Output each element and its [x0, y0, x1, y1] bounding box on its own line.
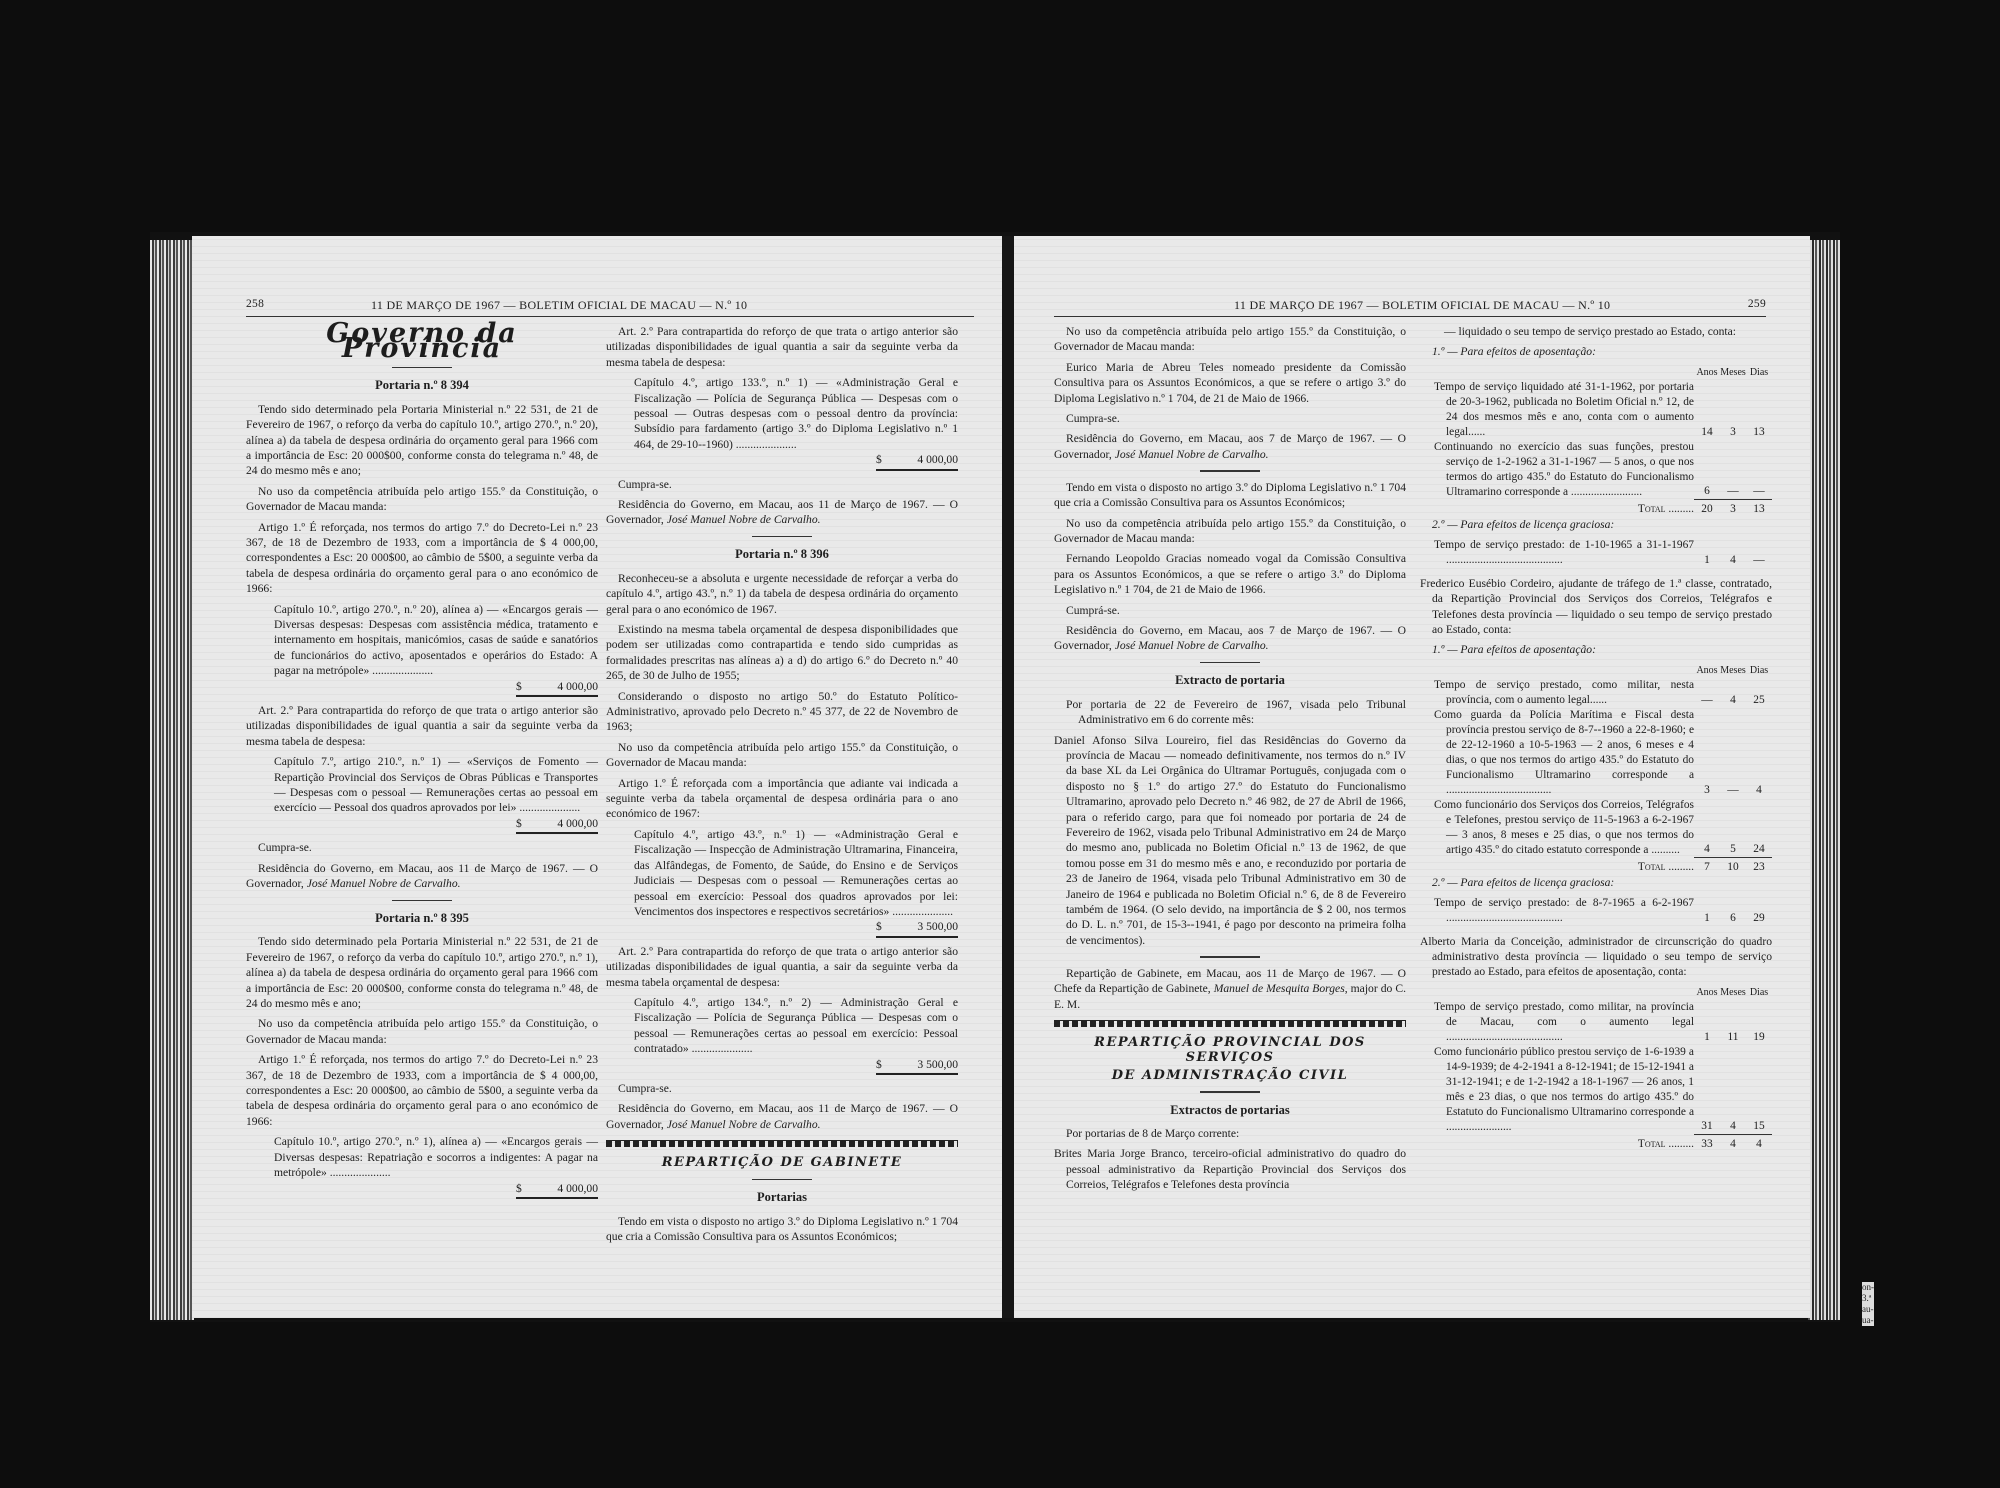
portaria-heading: Portaria n.º 8 394: [246, 378, 598, 393]
paragraph: No uso da competência atribuída pelo art…: [246, 484, 598, 515]
total-row: Total .........71023: [1420, 858, 1772, 876]
service-time-table: Tempo de serviço prestado: de 8-7-1965 a…: [1420, 896, 1772, 926]
table-row: Tempo de serviço prestado, como militar,…: [1420, 678, 1772, 708]
section-title: REPARTIÇÃO DE GABINETE: [606, 1155, 958, 1170]
running-head-title: 11 DE MARÇO DE 1967 — BOLETIM OFICIAL DE…: [371, 298, 747, 313]
ornamental-divider: [606, 1140, 958, 1147]
budget-item: Capítulo 7.º, artigo 210.º, n.º 1) — «Se…: [274, 754, 598, 834]
amount: $4 000,00: [516, 1181, 598, 1199]
left-column-2: Art. 2.º Para contrapartida do reforço d…: [606, 324, 958, 1249]
section-title-line2: DE ADMINISTRAÇÃO CIVIL: [1054, 1068, 1406, 1083]
budget-item: Capítulo 10.º, artigo 270.º, n.º 20), al…: [274, 602, 598, 697]
table-row: Continuando no exercício das suas funçõe…: [1420, 440, 1772, 500]
subheading: 2.º — Para efeitos de licença graciosa:: [1420, 875, 1772, 890]
budget-item: Capítulo 4.º, artigo 43.º, n.º 1) — «Adm…: [634, 827, 958, 938]
amount: $4 000,00: [876, 452, 958, 470]
service-time-table: Tempo de serviço prestado: de 1-10-1965 …: [1420, 538, 1772, 568]
paragraph: Por portaria de 22 de Fevereiro de 1967,…: [1054, 697, 1406, 728]
cumpra-se: Cumpra-se.: [606, 1081, 958, 1096]
divider: [1200, 1091, 1260, 1093]
signature-line: Residência do Governo, em Macau, aos 7 d…: [1054, 623, 1406, 654]
signature-line: Repartição de Gabinete, em Macau, aos 11…: [1054, 966, 1406, 1012]
service-time-table: AnosMesesDiasTempo de serviço liquidado …: [1420, 365, 1772, 518]
paragraph: Tendo em vista o disposto no artigo 3.º …: [606, 1214, 958, 1245]
divider: [392, 900, 452, 902]
table-row: Tempo de serviço prestado: de 1-10-1965 …: [1420, 538, 1772, 568]
portarias-heading: Portarias: [606, 1190, 958, 1205]
running-head-right: 11 DE MARÇO DE 1967 — BOLETIM OFICIAL DE…: [1054, 296, 1766, 317]
page-edges-left: [150, 240, 194, 1320]
ornamental-divider: [1054, 1020, 1406, 1027]
amount: $4 000,00: [516, 679, 598, 697]
divider: [1200, 470, 1260, 472]
paragraph: Tendo em vista o disposto no artigo 3.º …: [1054, 480, 1406, 511]
paragraph: No uso da competência atribuída pelo art…: [606, 740, 958, 771]
divider: [392, 367, 452, 369]
running-head-title: 11 DE MARÇO DE 1967 — BOLETIM OFICIAL DE…: [1234, 298, 1610, 313]
page-number: 258: [246, 298, 264, 310]
service-time-table: AnosMesesDiasTempo de serviço prestado, …: [1420, 663, 1772, 876]
cumpra-se: Cumprá-se.: [1054, 603, 1406, 618]
paragraph: Por portarias de 8 de Março corrente:: [1054, 1126, 1406, 1141]
running-head-left: 258 11 DE MARÇO DE 1967 — BOLETIM OFICIA…: [246, 296, 974, 317]
paragraph: Tendo sido determinado pela Portaria Min…: [246, 402, 598, 479]
budget-item: Capítulo 10.º, artigo 270.º, n.º 1), alí…: [274, 1134, 598, 1199]
divider: [1200, 956, 1260, 958]
paragraph: Art. 2.º Para contrapartida do reforço d…: [606, 324, 958, 370]
signature-line: Residência do Governo, em Macau, aos 11 …: [606, 1101, 958, 1132]
signature-line: Residência do Governo, em Macau, aos 11 …: [606, 497, 958, 528]
paragraph: Alberto Maria da Conceição, administrado…: [1420, 934, 1772, 980]
paragraph: Artigo 1.º É reforçada, nos termos do ar…: [246, 1052, 598, 1129]
cumpra-se: Cumpra-se.: [1054, 411, 1406, 426]
right-page: 11 DE MARÇO DE 1967 — BOLETIM OFICIAL DE…: [1014, 236, 1810, 1318]
extractos-heading: Extractos de portarias: [1054, 1103, 1406, 1118]
paragraph: Art. 2.º Para contrapartida do reforço d…: [246, 703, 598, 749]
table-row: Como funcionário dos Serviços dos Correi…: [1420, 798, 1772, 858]
paragraph: Considerando o disposto no artigo 50.º d…: [606, 689, 958, 735]
table-row: Tempo de serviço liquidado até 31-1-1962…: [1420, 380, 1772, 440]
right-column-2: — liquidado o seu tempo de serviço prest…: [1420, 324, 1772, 1152]
total-row: Total .........3344: [1420, 1135, 1772, 1153]
table-row: Tempo de serviço prestado: de 8-7-1965 a…: [1420, 896, 1772, 926]
paragraph: Art. 2.º Para contrapartida do reforço d…: [606, 944, 958, 990]
column-headers: AnosMesesDias: [1420, 663, 1772, 678]
budget-item: Capítulo 4.º, artigo 134.º, n.º 2) — Adm…: [634, 995, 958, 1075]
subheading: 1.º — Para efeitos de aposentação:: [1420, 344, 1772, 359]
paragraph: Tendo sido determinado pela Portaria Min…: [246, 934, 598, 1011]
divider: [752, 536, 812, 538]
total-row: Total .........20313: [1420, 500, 1772, 518]
right-column-1: No uso da competência atribuída pelo art…: [1054, 324, 1406, 1198]
paragraph: Frederico Eusébio Cordeiro, ajudante de …: [1420, 576, 1772, 638]
paragraph: Artigo 1.º É reforçada com a importância…: [606, 776, 958, 822]
paragraph: Eurico Maria de Abreu Teles nomeado pres…: [1054, 360, 1406, 406]
paragraph: — liquidado o seu tempo de serviço prest…: [1420, 324, 1772, 339]
paragraph: Fernando Leopoldo Gracias nomeado vogal …: [1054, 551, 1406, 597]
section-title-line1: REPARTIÇÃO PROVINCIAL DOS SERVIÇOS: [1054, 1035, 1406, 1066]
table-row: Tempo de serviço prestado, como militar,…: [1420, 1000, 1772, 1045]
column-headers: AnosMesesDias: [1420, 365, 1772, 380]
page-edges-right: [1808, 240, 1840, 1320]
column-headers: AnosMesesDias: [1420, 985, 1772, 1000]
divider: [1200, 662, 1260, 664]
portaria-heading: Portaria n.º 8 395: [246, 911, 598, 926]
cumpra-se: Cumpra-se.: [606, 477, 958, 492]
amount: $3 500,00: [876, 919, 958, 937]
service-time-table: AnosMesesDiasTempo de serviço prestado, …: [1420, 985, 1772, 1153]
paragraph: Existindo na mesma tabela orçamental de …: [606, 622, 958, 684]
extracto-heading: Extracto de portaria: [1054, 673, 1406, 688]
paragraph: Artigo 1.º É reforçada, nos termos do ar…: [246, 520, 598, 597]
page-number: 259: [1748, 298, 1766, 310]
paragraph: No uso da competência atribuída pelo art…: [246, 1016, 598, 1047]
paragraph: Brites Maria Jorge Branco, terceiro-ofic…: [1054, 1146, 1406, 1192]
budget-item: Capítulo 4.º, artigo 133.º, n.º 1) — «Ad…: [634, 375, 958, 470]
section-title: Governo da Província: [246, 326, 598, 357]
divider: [752, 1179, 812, 1181]
portaria-heading: Portaria n.º 8 396: [606, 547, 958, 562]
left-column-1: Governo da Província Portaria n.º 8 394 …: [246, 324, 598, 1205]
paragraph: Reconheceu-se a absoluta e urgente neces…: [606, 571, 958, 617]
amount: $4 000,00: [516, 816, 598, 834]
cumpra-se: Cumpra-se.: [246, 840, 598, 855]
signature-line: Residência do Governo, em Macau, aos 11 …: [246, 861, 598, 892]
signature-line: Residência do Governo, em Macau, aos 7 d…: [1054, 431, 1406, 462]
subheading: 1.º — Para efeitos de aposentação:: [1420, 642, 1772, 657]
paragraph: Daniel Afonso Silva Loureiro, fiel das R…: [1054, 733, 1406, 949]
amount: $3 500,00: [876, 1057, 958, 1075]
left-page: 258 11 DE MARÇO DE 1967 — BOLETIM OFICIA…: [192, 236, 1004, 1318]
subheading: 2.º — Para efeitos de licença graciosa:: [1420, 517, 1772, 532]
table-row: Como funcionário público prestou serviço…: [1420, 1045, 1772, 1135]
table-row: Como guarda da Polícia Marítima e Fiscal…: [1420, 708, 1772, 798]
margin-fragment: on- 3.ª au- ua-: [1862, 1282, 1874, 1326]
paragraph: No uso da competência atribuída pelo art…: [1054, 324, 1406, 355]
paragraph: No uso da competência atribuída pelo art…: [1054, 516, 1406, 547]
